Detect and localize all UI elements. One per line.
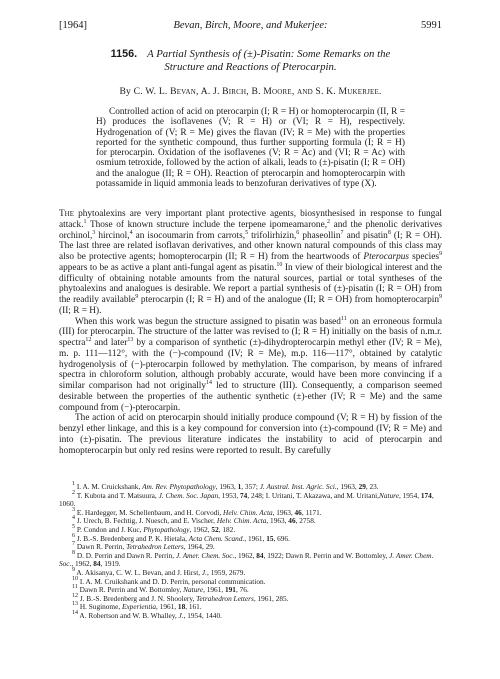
journal-name: J. Amer. Chem. Soc. [59,551,433,569]
journal-name: J. [202,568,207,577]
reference-number: 6 [72,533,75,539]
citation-superscript: 14 [206,380,212,386]
reference-number: 10 [72,576,78,582]
reference-number: 13 [72,601,78,607]
volume: 84 [93,559,100,568]
byline-authors: C. W. L. Bevan, A. J. Birch, B. Moore, a… [134,86,382,97]
reference-item: 8 D. D. Perrin and Dawn R. Perrin, J. Am… [59,552,442,569]
reference-number: 11 [72,584,78,590]
paragraph-2: When this work was begun the structure a… [59,317,442,414]
journal-name: J. Amer. Chem. Soc. [176,551,234,560]
volume: 74 [240,491,247,500]
volume: 174 [421,491,432,500]
volume: 29 [359,482,366,491]
journal-name: J. Chem. Soc. Japan [159,491,219,500]
citation-superscript: 9 [439,294,442,300]
citation-superscript: 5 [245,230,248,236]
page-number: 5991 [421,20,442,31]
body-text: The phytoalexins are very important plan… [59,209,442,456]
citation-superscript: 12 [85,337,91,343]
volume: 46 [288,516,295,525]
smallcaps-lead: The [59,209,74,219]
journal-name: Experientia [122,602,156,611]
journal-name: J. [179,611,184,620]
reference-item: 2 T. Kubota and T. Matsuura, J. Chem. So… [59,492,442,509]
reference-item: 14 A. Robertson and W. B. Whalley, J., 1… [59,612,442,621]
citation-superscript: 4 [130,230,133,236]
reference-number: 4 [72,515,75,521]
reference-number: 14 [72,610,78,616]
article-title: 1156.A Partial Synthesis of (±)-Pisatin:… [59,48,442,73]
citation-superscript: 13 [127,337,133,343]
header-authors: Bevan, Birch, Moore, and Mukerjee: [59,20,442,31]
volume: 15 [266,534,273,543]
citation-superscript: 6 [296,230,299,236]
references-list: 1 I. A. M. Cruickshank, Am. Rev. Phytopa… [59,483,442,621]
title-line-1: A Partial Synthesis of (±)-Pisatin: Some… [147,48,390,60]
citation-superscript: 3 [92,230,95,236]
citation-superscript: 1 [84,219,87,225]
journal-name: J. Austral. Inst. Agric. Sci. [260,482,337,491]
abstract-text: Controlled action of acid on pterocarpin… [96,107,405,189]
reference-number: 1 [72,481,75,487]
title-line-2: Structure and Reactions of Pterocarpin. [164,61,336,73]
byline-prefix: By [119,86,131,97]
paragraph-3: The action of acid on pterocarpin should… [59,413,442,456]
citation-superscript: 2 [327,219,330,225]
citation-superscript: 8 [388,230,391,236]
reference-number: 7 [72,541,75,547]
volume: 84 [256,551,263,560]
reference-number: 8 [72,550,75,556]
reference-number: 3 [72,507,75,513]
reference-number: 12 [72,593,78,599]
abstract: Controlled action of acid on pterocarpin… [96,107,405,189]
citation-superscript: 10 [276,262,282,268]
running-header: [1964] Bevan, Birch, Moore, and Mukerjee… [59,20,442,34]
citation-superscript: 9 [135,294,138,300]
journal-name: Tetrahedron Letters [196,594,254,603]
byline: By C. W. L. Bevan, A. J. Birch, B. Moore… [59,86,442,97]
journal-name: Phytopathology [143,525,189,534]
citation-superscript: 11 [341,316,347,322]
genus-name: Pterocarpus [363,252,409,262]
citation-superscript: 9 [439,251,442,257]
paragraph-1: The phytoalexins are very important plan… [59,209,442,317]
citation-superscript: 7 [341,230,344,236]
article-number: 1156. [111,48,137,60]
reference-number: 9 [72,567,75,573]
journal-name: Nature [379,491,399,500]
reference-number: 5 [72,524,75,530]
reference-number: 2 [72,490,75,496]
